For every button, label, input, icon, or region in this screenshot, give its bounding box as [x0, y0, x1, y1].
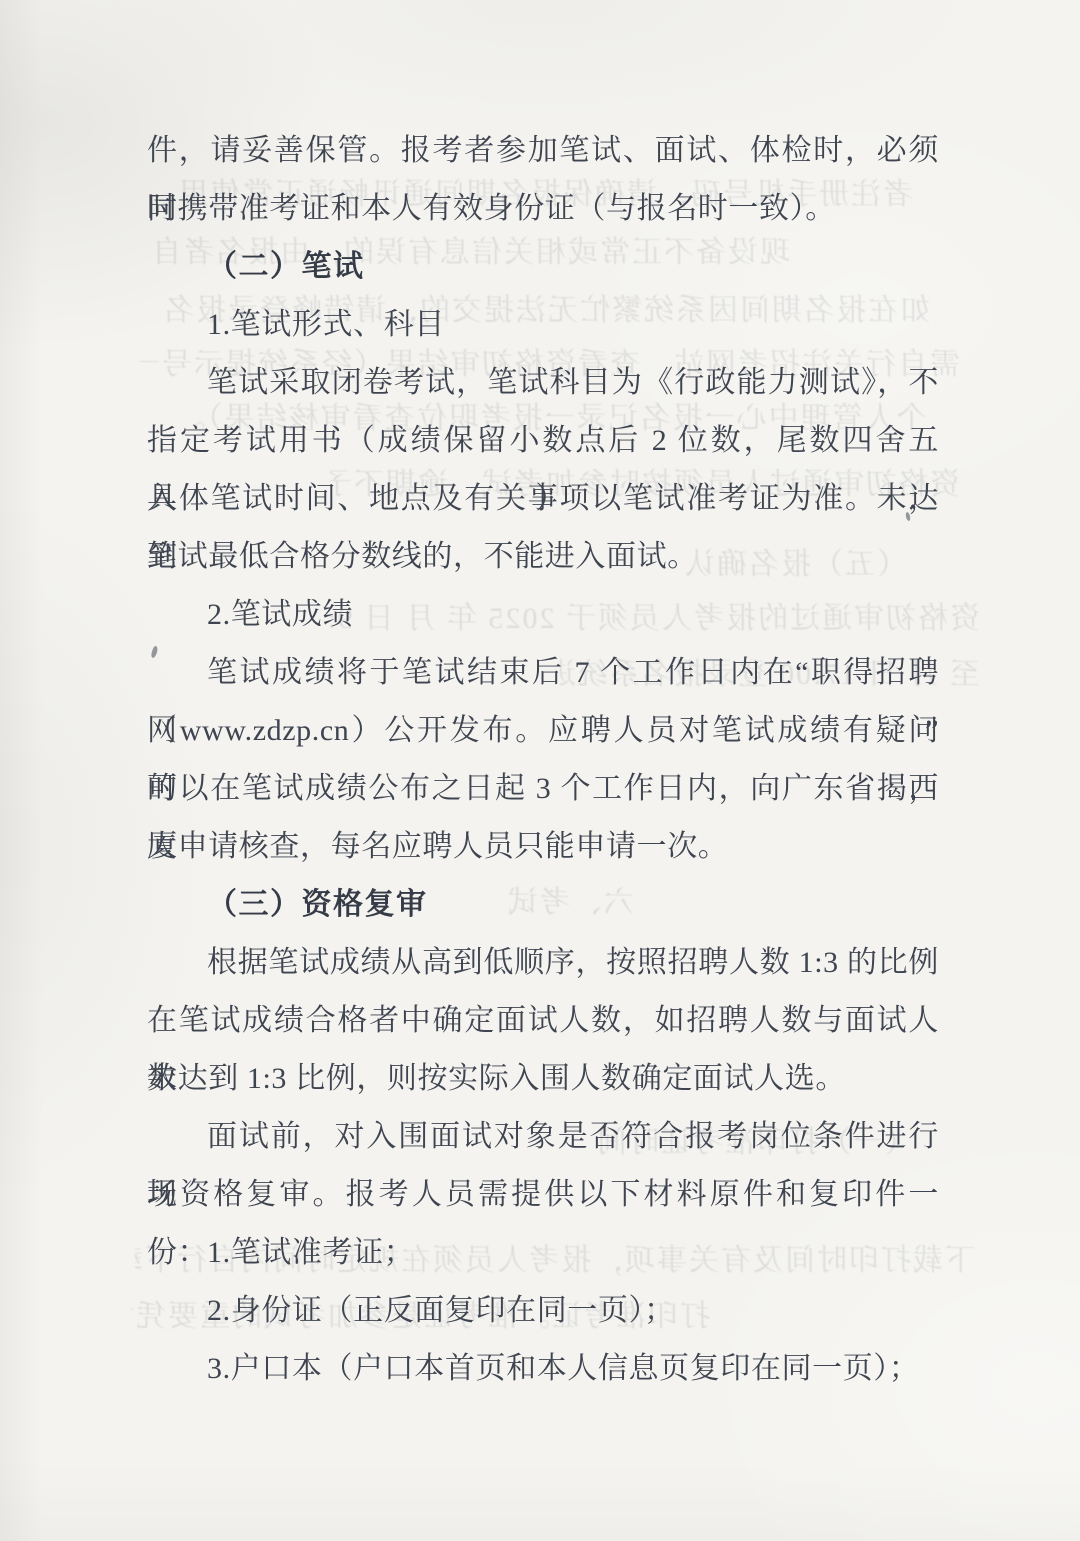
text-line: 厦申请核查，每名应聘人员只能申请一次。: [147, 818, 939, 876]
sub-heading: 2.笔试成绩: [147, 586, 939, 644]
text-line: 可以在笔试成绩公布之日起 3 个工作日内，向广东省揭西大: [147, 760, 939, 818]
text-line: 2.笔试成绩: [147, 586, 939, 644]
text-line: （www.zdzp.cn）公开发布。应聘人员对笔试成绩有疑问的，: [147, 702, 939, 760]
text-line: 场资格复审。报考人员需提供以下材料原件和复印件一份：: [147, 1166, 939, 1224]
section-heading: （二）笔试: [147, 238, 939, 296]
text-line: 未达到 1:3 比例，则按实际入围人数确定面试人选。: [147, 1050, 939, 1108]
text-line: （二）笔试: [147, 238, 939, 296]
body: 笔试采取闭卷考试，笔试科目为《行政能力测试》，不指定考试用书（成绩保留小数点后 …: [147, 354, 939, 586]
text-line: 1.笔试形式、科目: [147, 296, 939, 354]
text-line: 具体笔试时间、地点及有关事项以笔试准考证为准。未达到: [147, 470, 939, 528]
text-line: 时携带准考证和本人有效身份证（与报名时一致）。: [147, 180, 939, 238]
section-heading: （三）资格复审: [147, 876, 939, 934]
text-line: （三）资格复审: [147, 876, 939, 934]
text-line: 面试前，对入围面试对象是否符合报考岗位条件进行现: [147, 1108, 939, 1166]
text-line: 笔试采取闭卷考试，笔试科目为《行政能力测试》，不: [147, 354, 939, 412]
text-line: 件，请妥善保管。报考者参加笔试、面试、体检时，必须同: [147, 122, 939, 180]
body: 件，请妥善保管。报考者参加笔试、面试、体检时，必须同时携带准考证和本人有效身份证…: [147, 122, 939, 238]
text-line: 根据笔试成绩从高到低顺序，按照招聘人数 1:3 的比例: [147, 934, 939, 992]
text-line: 笔试成绩将于笔试结束后 7 个工作日内在“职得招聘网”: [147, 644, 939, 702]
list-item: 2.身份证（正反面复印在同一页）；: [147, 1282, 939, 1340]
text-line: 笔试最低合格分数线的，不能进入面试。: [147, 528, 939, 586]
text-line: 指定考试用书（成绩保留小数点后 2 位数，尾数四舍五入），: [147, 412, 939, 470]
text-line: 1.笔试准考证；: [147, 1224, 939, 1282]
text-line: 2.身份证（正反面复印在同一页）；: [147, 1282, 939, 1340]
list-item: 3.户口本（户口本首页和本人信息页复印在同一页）；: [147, 1340, 939, 1398]
body: 根据笔试成绩从高到低顺序，按照招聘人数 1:3 的比例在笔试成绩合格者中确定面试…: [147, 934, 939, 1108]
document-body: 件，请妥善保管。报考者参加笔试、面试、体检时，必须同时携带准考证和本人有效身份证…: [147, 122, 939, 1398]
body: 笔试成绩将于笔试结束后 7 个工作日内在“职得招聘网”（www.zdzp.cn）…: [147, 644, 939, 876]
list-item: 1.笔试准考证；: [147, 1224, 939, 1282]
body: 面试前，对入围面试对象是否符合报考岗位条件进行现场资格复审。报考人员需提供以下材…: [147, 1108, 939, 1224]
sub-heading: 1.笔试形式、科目: [147, 296, 939, 354]
text-line: 3.户口本（户口本首页和本人信息页复印在同一页）；: [147, 1340, 939, 1398]
scanned-document-page: 者注册手机号码，请确保报名期间通讯畅通正常使用现设备不正常或相关信息有误的，由报…: [0, 0, 1080, 1541]
text-line: 在笔试成绩合格者中确定面试人数，如招聘人数与面试人数: [147, 992, 939, 1050]
